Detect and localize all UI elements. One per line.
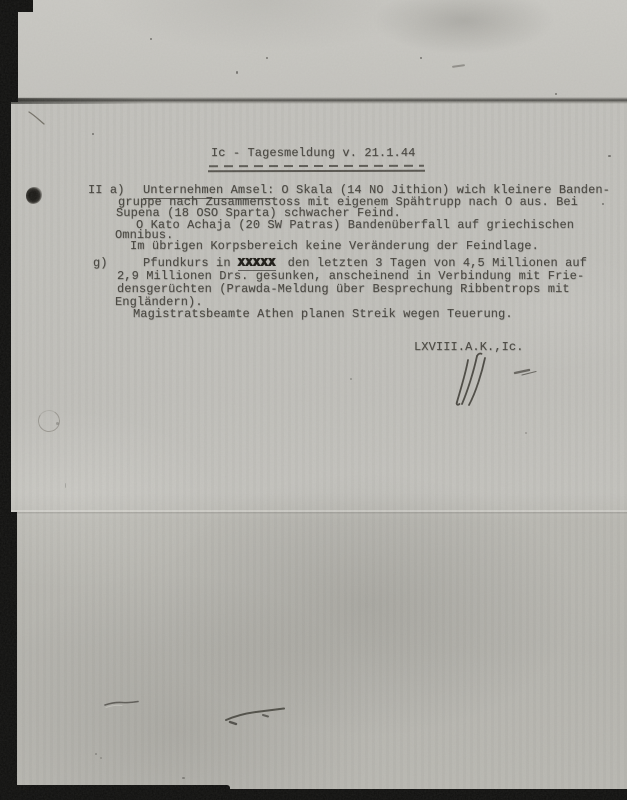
film-border-left-lower bbox=[0, 512, 17, 800]
scanned-document-photo: Ic - Tagesmeldung v. 21.1.44 II a) Unter… bbox=[0, 0, 627, 800]
scratch-marks bbox=[100, 696, 300, 734]
signature-mark bbox=[452, 352, 494, 410]
report-title: Ic - Tagesmeldung v. 21.1.44 bbox=[211, 147, 415, 159]
dust-speck bbox=[236, 71, 238, 74]
dust-speck bbox=[420, 57, 422, 59]
section-g-label: g) bbox=[93, 257, 108, 269]
dust-speck bbox=[65, 483, 66, 488]
page-overlap-edge bbox=[8, 510, 627, 514]
dust-speck bbox=[602, 203, 604, 205]
dust-speck bbox=[150, 38, 152, 40]
dust-speck bbox=[92, 133, 94, 135]
film-border-top-notch bbox=[0, 0, 33, 12]
pen-dash-mark bbox=[512, 366, 540, 378]
film-border-left-top bbox=[0, 0, 18, 102]
film-border-bottom bbox=[0, 789, 627, 800]
dust-speck bbox=[525, 432, 527, 434]
dust-speck bbox=[266, 57, 268, 59]
dust-speck bbox=[95, 753, 97, 755]
section-g-line-5: Magistratsbeamte Athen planen Streik weg… bbox=[133, 308, 513, 320]
dust-speck bbox=[182, 777, 185, 779]
section-a-line-4: O Kato Achaja (20 SW Patras) Bandenüberf… bbox=[136, 219, 574, 231]
title-underline-solid bbox=[208, 169, 425, 171]
dust-speck bbox=[56, 422, 59, 425]
dust-speck bbox=[350, 378, 352, 380]
pen-stroke-mark bbox=[27, 110, 47, 127]
dust-speck bbox=[100, 757, 102, 759]
section-a-line-6: Im übrigen Korpsbereich keine Veränderun… bbox=[130, 240, 539, 252]
section-g-line-3: densgerüchten (Prawda-Meldung über Bespr… bbox=[117, 283, 570, 295]
section-g-line-2: 2,9 Millionen Drs. gesunken, anscheinend… bbox=[117, 270, 584, 282]
dust-speck bbox=[608, 155, 611, 157]
dust-speck bbox=[555, 93, 557, 95]
scan-backing-surface bbox=[0, 0, 627, 102]
film-border-left-mid bbox=[0, 102, 11, 512]
section-g-line-1: Pfundkurs inXXXXXden letzten 3 Tagen von… bbox=[143, 257, 587, 269]
page-top-edge-shadow bbox=[8, 97, 627, 104]
